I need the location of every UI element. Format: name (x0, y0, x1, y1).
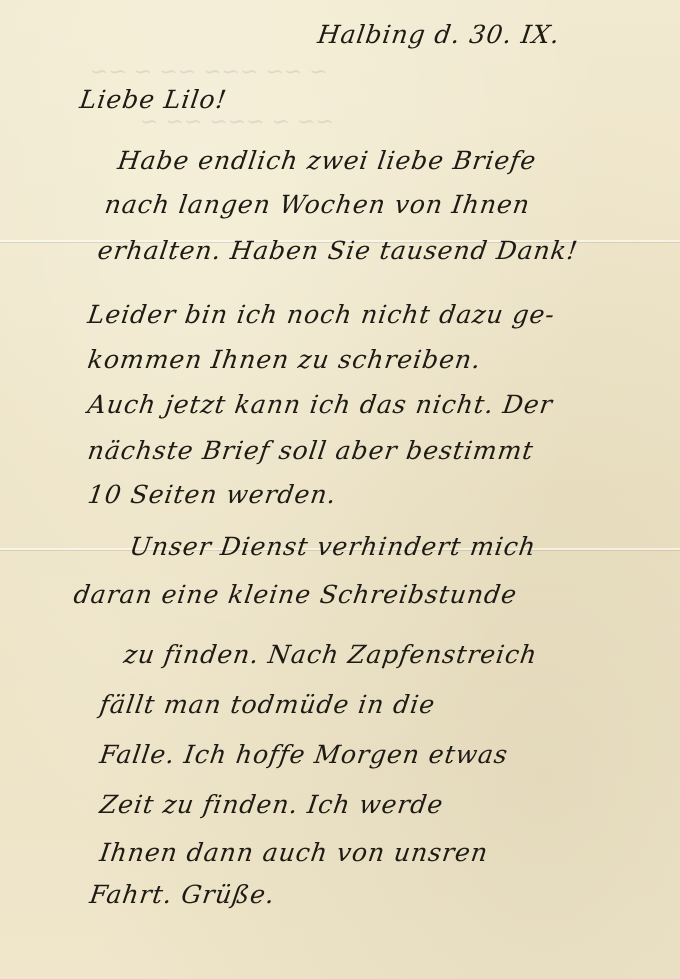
letter-paper: ~ ~~ ~~~ ~~ ~ ~~ ~~ ~ ~~~ ~~ ~ Halbing d… (0, 0, 680, 979)
letter-line: daran eine kleine Schreibstunde (72, 580, 519, 609)
letter-line: Habe endlich zwei liebe Briefe (116, 146, 538, 175)
letter-salutation: Liebe Lilo! (78, 85, 229, 114)
bleed-through-text: ~ ~~ ~~~ ~~ ~ ~~ (90, 60, 328, 85)
letter-line: Unser Dienst verhindert mich (128, 532, 538, 561)
letter-line: erhalten. Haben Sie tausend Dank! (96, 236, 580, 265)
letter-line: Falle. Ich hoffe Morgen etwas (98, 740, 510, 769)
letter-line: Auch jetzt kann ich das nicht. Der (86, 390, 555, 419)
letter-line: Zeit zu finden. Ich werde (98, 790, 445, 819)
letter-line: fällt man todmüde in die (98, 690, 437, 719)
letter-place-date: Halbing d. 30. IX. (316, 20, 562, 49)
letter-line: Fahrt. Grüße. (88, 880, 277, 909)
letter-line: zu finden. Nach Zapfenstreich (122, 640, 539, 669)
letter-line: Leider bin ich noch nicht dazu ge- (86, 300, 557, 329)
letter-line: 10 Seiten werden. (86, 480, 339, 509)
letter-line: nach langen Wochen von Ihnen (103, 190, 532, 219)
letter-line: nächste Brief soll aber bestimmt (86, 436, 536, 465)
letter-line: Ihnen dann auch von unsren (98, 838, 490, 867)
letter-line: kommen Ihnen zu schreiben. (86, 345, 483, 374)
